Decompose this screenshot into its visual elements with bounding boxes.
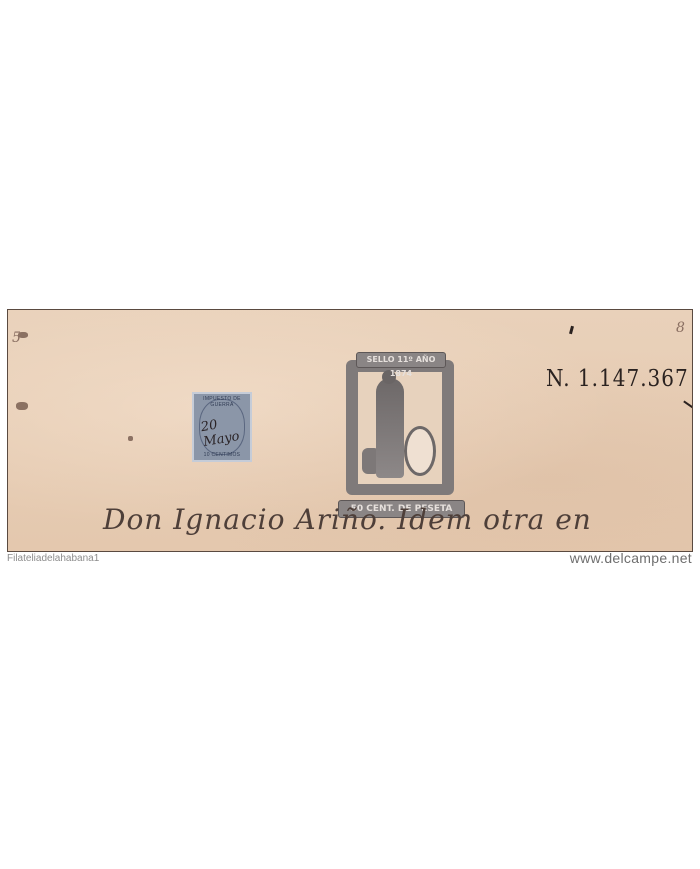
binding-hole [16,402,28,410]
revenue-stamp: IMPUESTO DE GUERRA 10 CENTIMOS 20 Mayo [192,392,252,462]
ink-mark [683,400,693,413]
document-image: 5 8 N. 1.147.367 IMPUESTO DE GUERRA 10 C… [7,309,693,552]
pencil-mark-left: 5 [12,330,21,346]
site-watermark: www.delcampe.net [570,550,692,566]
ink-mark [569,326,574,335]
stamp-top-text: IMPUESTO DE GUERRA [196,396,248,408]
shield-icon [404,426,436,476]
seal-top-ribbon: SELLO 11º AÑO 1874 [356,352,446,368]
allegorical-figure-icon [376,378,404,478]
serial-number: N. 1.147.367 [546,364,689,392]
handwritten-text: Don Ignacio Ariño. Idem otra en [103,503,592,536]
binding-hole [128,436,133,441]
embossed-seal: SELLO 11º AÑO 1874 50 CENT. DE PESETA [338,330,463,520]
stamp-bottom-text: 10 CENTIMOS [196,452,248,458]
seller-name: Filateliadelahabana1 [7,553,99,564]
pencil-mark-right: 8 [676,320,685,336]
